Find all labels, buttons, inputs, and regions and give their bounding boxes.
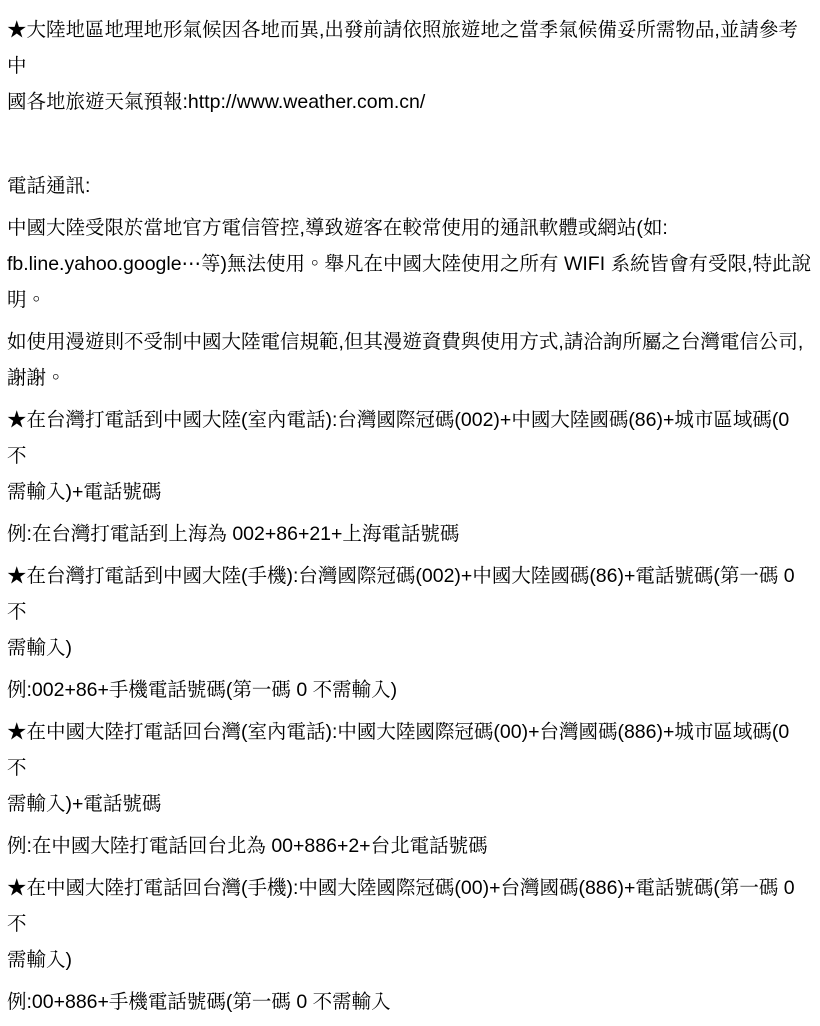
paragraph-telecom-restrictions: 中國大陸受限於當地官方電信管控,導致遊客在較常使用的通訊軟體或網站(如: fb.… <box>7 210 814 318</box>
document-page: ★大陸地區地理地形氣候因各地而異,出發前請依照旅遊地之當季氣候備妥所需物品,並請… <box>0 0 820 1020</box>
paragraph-dial-cn-to-tw-mobile: ★在中國大陸打電話回台灣(手機):中國大陸國際冠碼(00)+台灣國碼(886)+… <box>7 870 814 978</box>
paragraph-dial-cn-to-tw-landline: ★在中國大陸打電話回台灣(室內電話):中國大陸國際冠碼(00)+台灣國碼(886… <box>7 714 814 822</box>
paragraph-dial-tw-to-cn-mobile: ★在台灣打電話到中國大陸(手機):台灣國際冠碼(002)+中國大陸國碼(86)+… <box>7 558 814 666</box>
paragraph-example-tw-to-cn-mobile: 例:002+86+手機電話號碼(第一碼 0 不需輸入) <box>7 672 814 708</box>
paragraph-weather-advice: ★大陸地區地理地形氣候因各地而異,出發前請依照旅遊地之當季氣候備妥所需物品,並請… <box>7 12 814 120</box>
paragraph-example-cn-to-taipei: 例:在中國大陸打電話回台北為 00+886+2+台北電話號碼 <box>7 828 814 864</box>
heading-phone-communication: 電話通訊: <box>7 168 814 204</box>
paragraph-dial-tw-to-cn-landline: ★在台灣打電話到中國大陸(室內電話):台灣國際冠碼(002)+中國大陸國碼(86… <box>7 402 814 510</box>
paragraph-example-cn-to-tw-mobile: 例:00+886+手機電話號碼(第一碼 0 不需輸入 <box>7 984 814 1020</box>
paragraph-roaming-info: 如使用漫遊則不受制中國大陸電信規範,但其漫遊資費與使用方式,請洽詢所屬之台灣電信… <box>7 324 814 396</box>
paragraph-example-tw-to-shanghai: 例:在台灣打電話到上海為 002+86+21+上海電話號碼 <box>7 516 814 552</box>
